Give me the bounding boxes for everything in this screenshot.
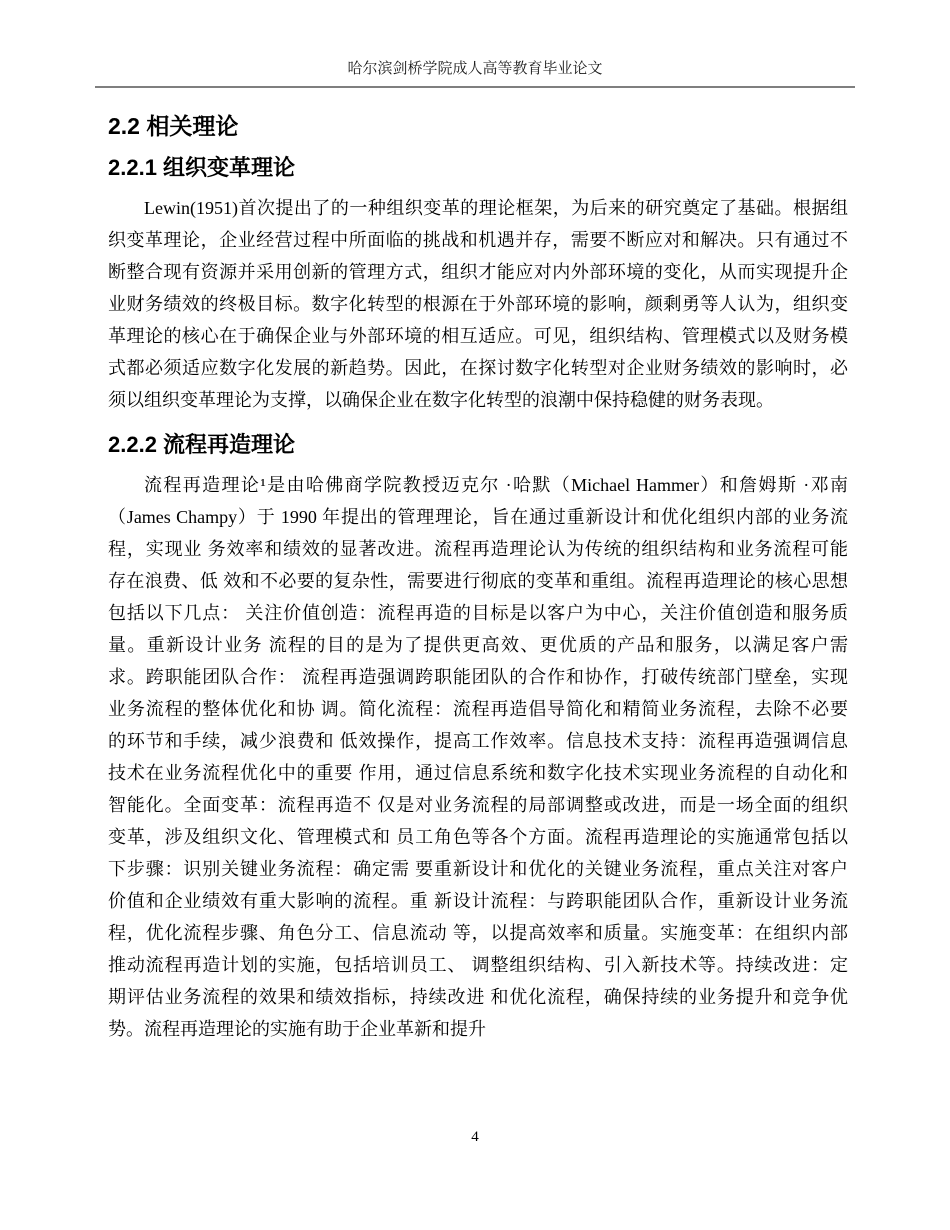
paragraph-line: 变革，涉及组织文化、管理模式和 员工角色等各个方面。流程再造理论的实施通常包括以 (108, 821, 848, 853)
paragraph-line: 业务流程的整体优化和协 调。简化流程：流程再造倡导简化和精简业务流程，去除不必要 (108, 693, 848, 725)
paragraph-line: 价值和企业绩效有重大影响的流程。重 新设计流程：与跨职能团队合作，重新设计业务流 (108, 885, 848, 917)
paragraph-line: 智能化。全面变革：流程再造不 仅是对业务流程的局部调整或改进，而是一场全面的组织 (108, 789, 848, 821)
paragraph-line: 求。跨职能团队合作： 流程再造强调跨职能团队的合作和协作，打破传统部门壁垒，实现 (108, 661, 848, 693)
paragraph-organizational-change-theory: Lewin(1951)首次提出了的一种组织变革的理论框架，为后来的研究奠定了基础… (108, 192, 848, 416)
paragraph-line: 断整合现有资源并采用创新的管理方式，组织才能应对内外部环境的变化，从而实现提升企 (108, 256, 848, 288)
document-page: 哈尔滨剑桥学院成人高等教育毕业论文 2.2 相关理论 2.2.1 组织变革理论 … (0, 0, 950, 1230)
paragraph-line: 革理论的核心在于确保企业与外部环境的相互适应。可见，组织结构、管理模式以及财务模 (108, 320, 848, 352)
paragraph-line: 下步骤：识别关键业务流程：确定需 要重新设计和优化的关键业务流程，重点关注对客户 (108, 853, 848, 885)
paragraph-line: 业财务绩效的终极目标。数字化转型的根源在于外部环境的影响，颜剩勇等人认为，组织变 (108, 288, 848, 320)
page-content: 2.2 相关理论 2.2.1 组织变革理论 Lewin(1951)首次提出了的一… (108, 113, 848, 1045)
paragraph-line: 流程再造理论¹是由哈佛商学院教授迈克尔 ·哈默（Michael Hammer）和… (108, 469, 848, 501)
paragraph-line: 技术在业务流程优化中的重要 作用，通过信息系统和数字化技术实现业务流程的自动化和 (108, 757, 848, 789)
paragraph-line: Lewin(1951)首次提出了的一种组织变革的理论框架，为后来的研究奠定了基础… (108, 192, 848, 224)
section-heading-2-2: 2.2 相关理论 (108, 113, 848, 139)
paragraph-line: 量。重新设计业务 流程的目的是为了提供更高效、更优质的产品和服务，以满足客户需 (108, 629, 848, 661)
page-number: 4 (0, 1128, 950, 1146)
paragraph-line: 期评估业务流程的效果和绩效指标，持续改进 和优化流程，确保持续的业务提升和竞争优 (108, 981, 848, 1013)
running-header: 哈尔滨剑桥学院成人高等教育毕业论文 (95, 0, 855, 88)
paragraph-line: 存在浪费、低 效和不必要的复杂性，需要进行彻底的变革和重组。流程再造理论的核心思… (108, 565, 848, 597)
paragraph-line: 包括以下几点： 关注价值创造：流程再造的目标是以客户为中心，关注价值创造和服务质 (108, 597, 848, 629)
paragraph-line: 程，优化流程步骤、角色分工、信息流动 等，以提高效率和质量。实施变革：在组织内部 (108, 917, 848, 949)
paragraph-line: 式都必须适应数字化发展的新趋势。因此，在探讨数字化转型对企业财务绩效的影响时，必 (108, 352, 848, 384)
paragraph-line: 织变革理论，企业经营过程中所面临的挑战和机遇并存，需要不断应对和解决。只有通过不 (108, 224, 848, 256)
paragraph-line: 程，实现业 务效率和绩效的显著改进。流程再造理论认为传统的组织结构和业务流程可能 (108, 533, 848, 565)
section-heading-2-2-2: 2.2.2 流程再造理论 (108, 432, 848, 458)
paragraph-line: 推动流程再造计划的实施，包括培训员工、 调整组织结构、引入新技术等。持续改进：定 (108, 949, 848, 981)
section-heading-2-2-1: 2.2.1 组织变革理论 (108, 155, 848, 181)
paragraph-process-reengineering-theory: 流程再造理论¹是由哈佛商学院教授迈克尔 ·哈默（Michael Hammer）和… (108, 469, 848, 1045)
paragraph-line: 的环节和手续，减少浪费和 低效操作，提高工作效率。信息技术支持：流程再造强调信息 (108, 725, 848, 757)
paragraph-line: 须以组织变革理论为支撑，以确保企业在数字化转型的浪潮中保持稳健的财务表现。 (108, 384, 848, 416)
paragraph-line: （James Champy）于 1990 年提出的管理理论，旨在通过重新设计和优… (108, 501, 848, 533)
paragraph-line: 势。流程再造理论的实施有助于企业革新和提升 (108, 1013, 848, 1045)
